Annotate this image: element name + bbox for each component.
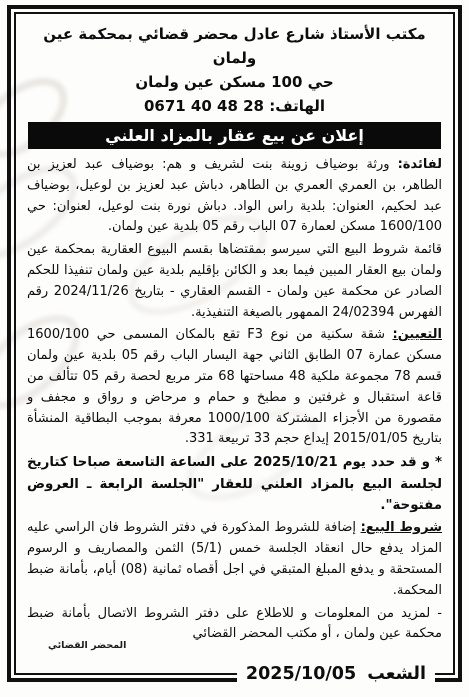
office-header: مكتب الأستاذ شارع عادل محضر قضائي بمحكمة… — [27, 20, 442, 118]
sale-terms-paragraph: شروط البيع: إضافة للشروط المذكورة في دفت… — [27, 518, 442, 601]
beneficiary-paragraph: لفائدة: ورثة بوضياف زوينة بنت لشريف و هم… — [27, 155, 442, 238]
office-phone-line: الهاتف: 0671 40 48 28 — [27, 94, 442, 118]
newspaper-date-strip: الشعب 2025/10/05 — [237, 662, 435, 687]
ad-content: مكتب الأستاذ شارع عادل محضر قضائي بمحكمة… — [16, 14, 453, 673]
phone-number: 0671 40 48 28 — [144, 94, 264, 118]
announcement-title: إعلان عن بيع عقار بالمزاد العلني — [105, 126, 364, 145]
newspaper-name: الشعب — [367, 664, 426, 684]
beneficiary-text: ورثة بوضياف زوينة بنت لشريف و هم: بوضياف… — [27, 157, 442, 234]
outer-border: مكتب الأستاذ شارع عادل محضر قضائي بمحكمة… — [7, 5, 462, 682]
sale-terms-label: شروط البيع: — [361, 520, 442, 535]
announcement-banner: إعلان عن بيع عقار بالمزاد العلني — [28, 122, 441, 149]
designation-text: شقة سكنية من نوع F3 تقع بالمكان المسمى ح… — [27, 327, 442, 446]
phone-label: الهاتف: — [269, 97, 325, 115]
beneficiary-label: لفائدة: — [398, 157, 442, 172]
more-info-paragraph: - لمزيد من المعلومات و للاطلاع على دفتر … — [27, 604, 442, 646]
publication-date: 2025/10/05 — [246, 662, 356, 687]
sale-conditions-paragraph: قائمة شروط البيع التي سيرسو بمقتضاها بقس… — [27, 240, 442, 323]
auction-date-paragraph: * و قد حدد يوم 2025/10/21 على الساعة الت… — [27, 452, 442, 516]
office-address-line2: حي 100 مسكن عين ولمان — [27, 70, 442, 94]
bailiff-signature: المحضر القضائي — [48, 640, 126, 651]
newspaper-legal-ad: مكتب الأستاذ شارع عادل محضر قضائي بمحكمة… — [0, 0, 469, 697]
office-address-line1: مكتب الأستاذ شارع عادل محضر قضائي بمحكمة… — [27, 22, 442, 70]
designation-label: التعيين: — [393, 327, 443, 342]
designation-paragraph: التعيين: شقة سكنية من نوع F3 تقع بالمكان… — [27, 325, 442, 450]
inner-border: مكتب الأستاذ شارع عادل محضر قضائي بمحكمة… — [14, 12, 455, 675]
